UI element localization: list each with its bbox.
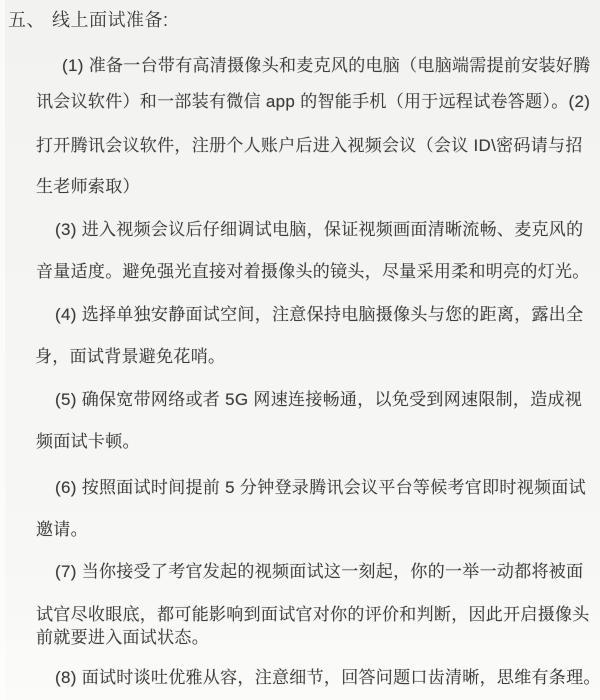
- text-line-item8-l1: (8) 面试时谈吐优雅从容，注意细节，回答问题口齿清晰，思维有条理。: [55, 666, 600, 690]
- text-line-item5-l1: (5) 确保宽带网络或者 5G 网速连接畅通，以免受到网速限制，造成视: [55, 388, 582, 412]
- text-line-item6-l2: 邀请。: [36, 518, 88, 542]
- text-line-item4-l2: 身，面试背景避免花哨。: [35, 345, 225, 369]
- text-line-item5-l2: 频面试卡顿。: [36, 430, 140, 454]
- text-line-item3-l1: (3) 进入视频会议后仔细调试电脑，保证视频画面清晰流畅、麦克风的: [55, 218, 583, 242]
- text-line-item7-l2: 试官尽收眼底，都可能影响到面试官对你的评价和判断，因此开启摄像头: [36, 603, 590, 627]
- section-number: 五、: [8, 8, 45, 32]
- text-line-item3-l2: 音量适度。避免强光直接对着摄像头的镜头，尽量采用柔和明亮的灯光。: [36, 260, 590, 284]
- text-line-item1-l2: 讯会议软件）和一部装有微信 app 的智能手机（用于远程试卷答题）。(2): [36, 90, 590, 114]
- text-line-item4-l1: (4) 选择单独安静面试空间，注意保持电脑摄像头与您的距离，露出全: [55, 303, 583, 327]
- text-line-item2-l1: 打开腾讯会议软件，注册个人账户后进入视频会议（会议 ID\密码请与招: [36, 134, 583, 158]
- text-line-item7-l1: (7) 当你接受了考官发起的视频面试这一刻起，你的一举一动都将被面: [55, 560, 583, 584]
- text-line-item7-l3: 前就要进入面试状态。: [36, 626, 209, 650]
- text-line-item1-l1: (1) 准备一台带有高清摄像头和麦克风的电脑（电脑端需提前安装好腾: [62, 54, 590, 78]
- text-line-item6-l1: (6) 按照面试时间提前 5 分钟登录腾讯会议平台等候考官即时视频面试: [55, 476, 586, 500]
- document-page: 五、 线上面试准备: (1) 准备一台带有高清摄像头和麦克风的电脑（电脑端需提前…: [0, 0, 600, 700]
- text-line-item2-l2: 生老师索取）: [36, 175, 140, 199]
- section-title: 线上面试准备:: [52, 8, 169, 32]
